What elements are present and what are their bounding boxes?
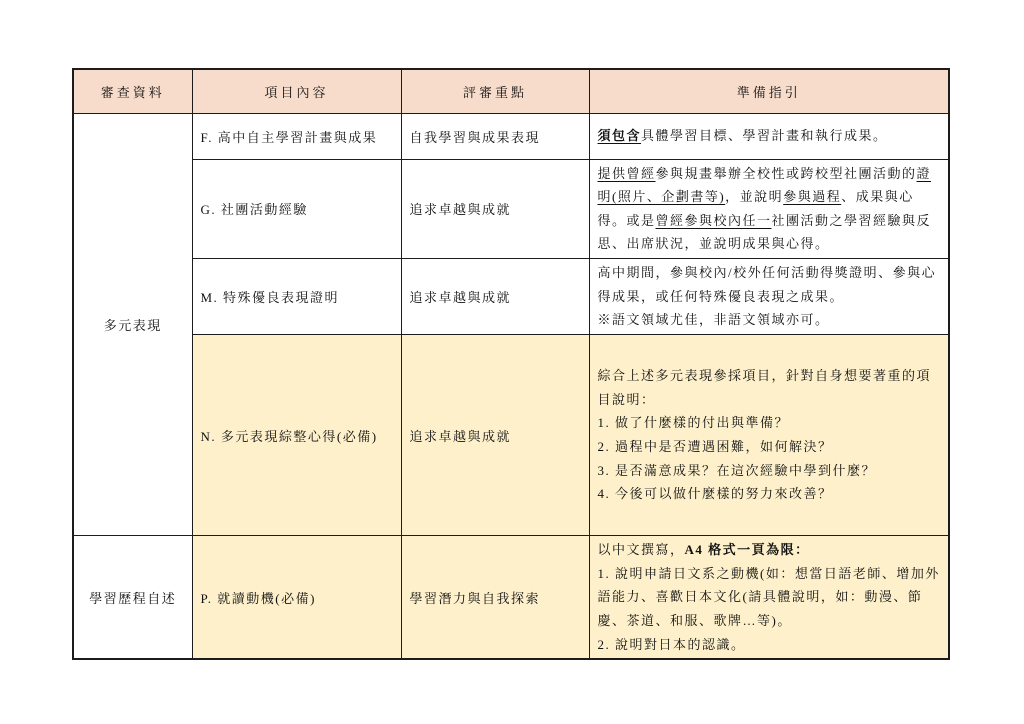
item-cell-f: F. 高中自主學習計畫與成果	[192, 113, 401, 159]
review-criteria-table: 審查資料 項目內容 評審重點 準備指引 多元表現 F. 高中自主學習計畫與成果 …	[72, 68, 950, 660]
item-cell-p: P. 就讀動機(必備)	[192, 536, 401, 660]
review-table-wrapper: 審查資料 項目內容 評審重點 準備指引 多元表現 F. 高中自主學習計畫與成果 …	[72, 68, 950, 660]
header-preparation-guide: 準備指引	[589, 69, 949, 113]
item-cell-m: M. 特殊優良表現證明	[192, 259, 401, 335]
guide-cell-g: 提供曾經參與規畫舉辦全校性或跨校型社團活動的證明(照片、企劃書等)，並說明參與過…	[589, 159, 949, 259]
focus-cell-f: 自我學習與成果表現	[401, 113, 589, 159]
guide-cell-p: 以中文撰寫，A4 格式一頁為限：1. 說明申請日文系之動機(如：想當日語老師、增…	[589, 536, 949, 660]
row-p-motivation: 學習歷程自述 P. 就讀動機(必備) 學習潛力與自我探索 以中文撰寫，A4 格式…	[73, 536, 949, 660]
item-cell-g: G. 社團活動經驗	[192, 159, 401, 259]
guide-cell-f: 須包含具體學習目標、學習計畫和執行成果。	[589, 113, 949, 159]
row-g-club-activity: G. 社團活動經驗 追求卓越與成就 提供曾經參與規畫舉辦全校性或跨校型社團活動的…	[73, 159, 949, 259]
row-f-self-directed-learning: 多元表現 F. 高中自主學習計畫與成果 自我學習與成果表現 須包含具體學習目標、…	[73, 113, 949, 159]
focus-cell-m: 追求卓越與成就	[401, 259, 589, 335]
guide-cell-n: 綜合上述多元表現參採項目，針對自身想要著重的項目說明：1. 做了什麼樣的付出與準…	[589, 335, 949, 536]
header-item-content: 項目內容	[192, 69, 401, 113]
header-review-focus: 評審重點	[401, 69, 589, 113]
row-m-outstanding-performance: M. 特殊優良表現證明 追求卓越與成就 高中期間，參與校內/校外任何活動得獎證明…	[73, 259, 949, 335]
header-row: 審查資料 項目內容 評審重點 準備指引	[73, 69, 949, 113]
item-cell-n: N. 多元表現綜整心得(必備)	[192, 335, 401, 536]
focus-cell-n: 追求卓越與成就	[401, 335, 589, 536]
focus-cell-g: 追求卓越與成就	[401, 159, 589, 259]
category-learning-portfolio-self-statement: 學習歷程自述	[73, 536, 192, 660]
document-page: 審查資料 項目內容 評審重點 準備指引 多元表現 F. 高中自主學習計畫與成果 …	[0, 0, 1024, 724]
guide-cell-m: 高中期間，參與校內/校外任何活動得獎證明、參與心得成果，或任何特殊優良表現之成果…	[589, 259, 949, 335]
focus-cell-p: 學習潛力與自我探索	[401, 536, 589, 660]
category-multi-performance: 多元表現	[73, 113, 192, 536]
header-review-material: 審查資料	[73, 69, 192, 113]
row-n-multi-performance-reflection: N. 多元表現綜整心得(必備) 追求卓越與成就 綜合上述多元表現參採項目，針對自…	[73, 335, 949, 536]
